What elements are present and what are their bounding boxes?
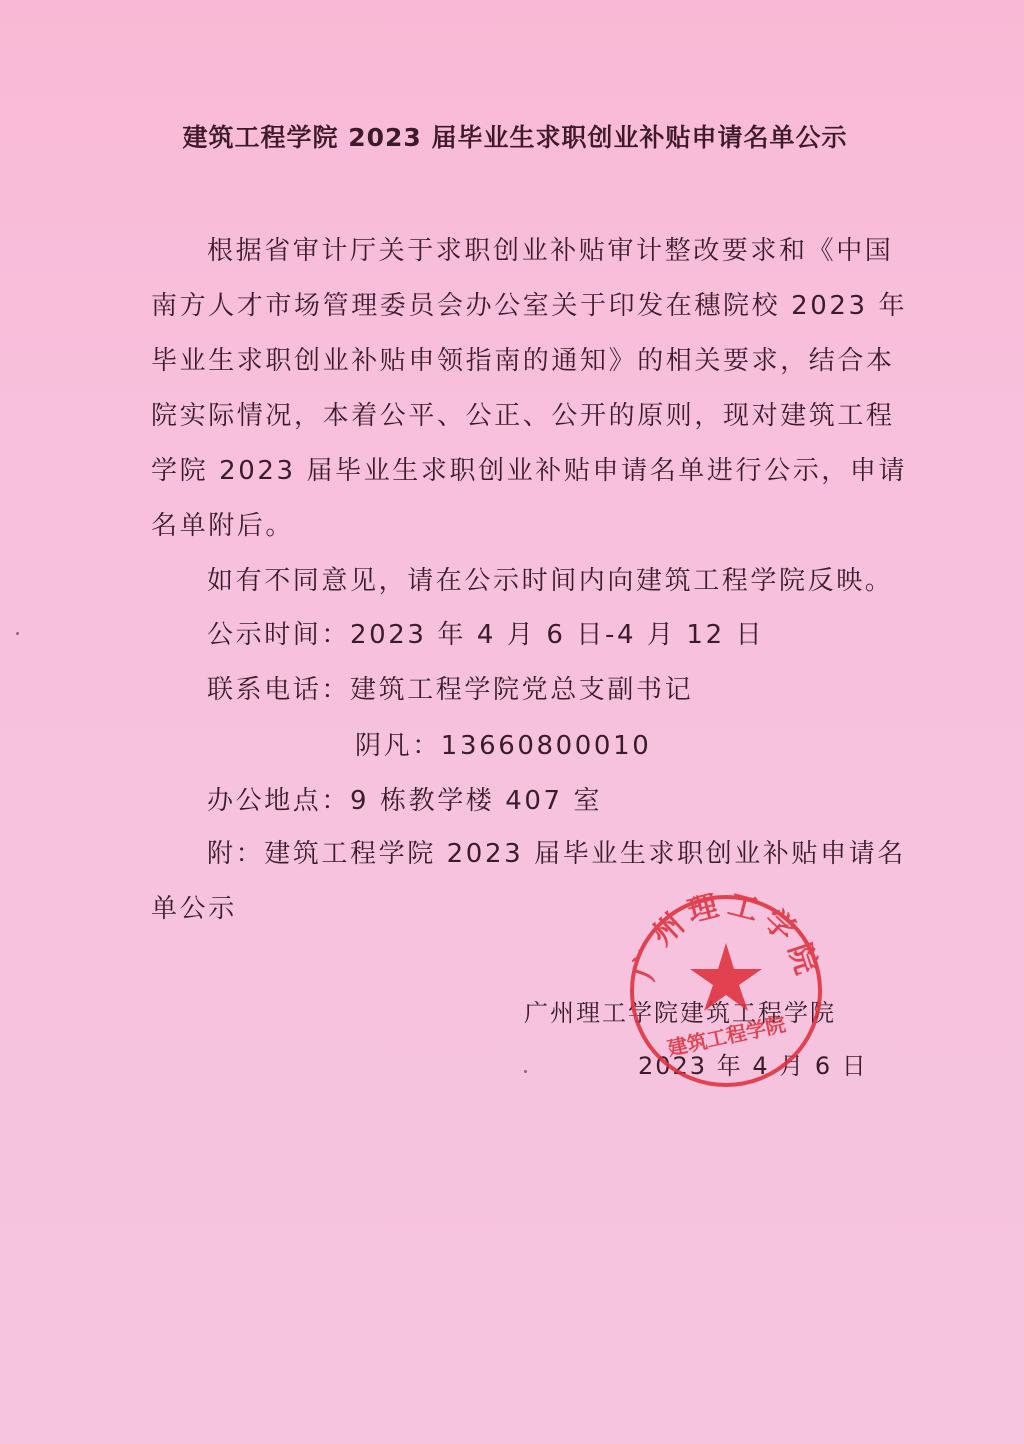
body-paragraph-line-4: 院实际情况，本着公平、公正、公开的原则，现对建筑工程: [151, 395, 895, 432]
body-paragraph-line-1: 根据省审计厅关于求职创业补贴审计整改要求和《中国: [207, 230, 893, 267]
body-paragraph-line-2: 南方人才市场管理委员会办公室关于印发在穗院校 2023 年: [151, 285, 907, 322]
contact-label: 联系电话：建筑工程学院党总支副书记: [207, 669, 693, 706]
star-icon: [690, 943, 762, 1011]
paper-speck: [16, 632, 19, 635]
office-location: 办公地点：9 栋教学楼 407 室: [207, 780, 602, 817]
publicity-period: 公示时间：2023 年 4 月 6 日-4 月 12 日: [207, 614, 764, 651]
contact-person: 阴凡：13660800010: [355, 725, 651, 762]
paper-speck: [524, 1070, 527, 1073]
attachment-line-1: 附：建筑工程学院 2023 届毕业生求职创业补贴申请名: [207, 833, 906, 870]
seal-inner-text: 建筑工程学院: [665, 1012, 787, 1060]
attachment-line-2: 单公示: [151, 888, 237, 925]
official-seal: 广州理工学院 建筑工程学院: [628, 893, 824, 1089]
body-paragraph-line-5: 学院 2023 届毕业生求职创业补贴申请名单进行公示，申请: [151, 450, 907, 487]
document-title: 建筑工程学院 2023 届毕业生求职创业补贴申请名单公示: [150, 118, 880, 154]
objection-note: 如有不同意见，请在公示时间内向建筑工程学院反映。: [207, 560, 893, 597]
body-paragraph-line-3: 毕业生求职创业补贴申领指南的通知》的相关要求，结合本: [151, 340, 895, 377]
seal-icon: 广州理工学院 建筑工程学院: [628, 893, 824, 1089]
document-page: 建筑工程学院 2023 届毕业生求职创业补贴申请名单公示 根据省审计厅关于求职创…: [0, 0, 1024, 1444]
body-paragraph-line-6: 名单附后。: [151, 505, 294, 542]
